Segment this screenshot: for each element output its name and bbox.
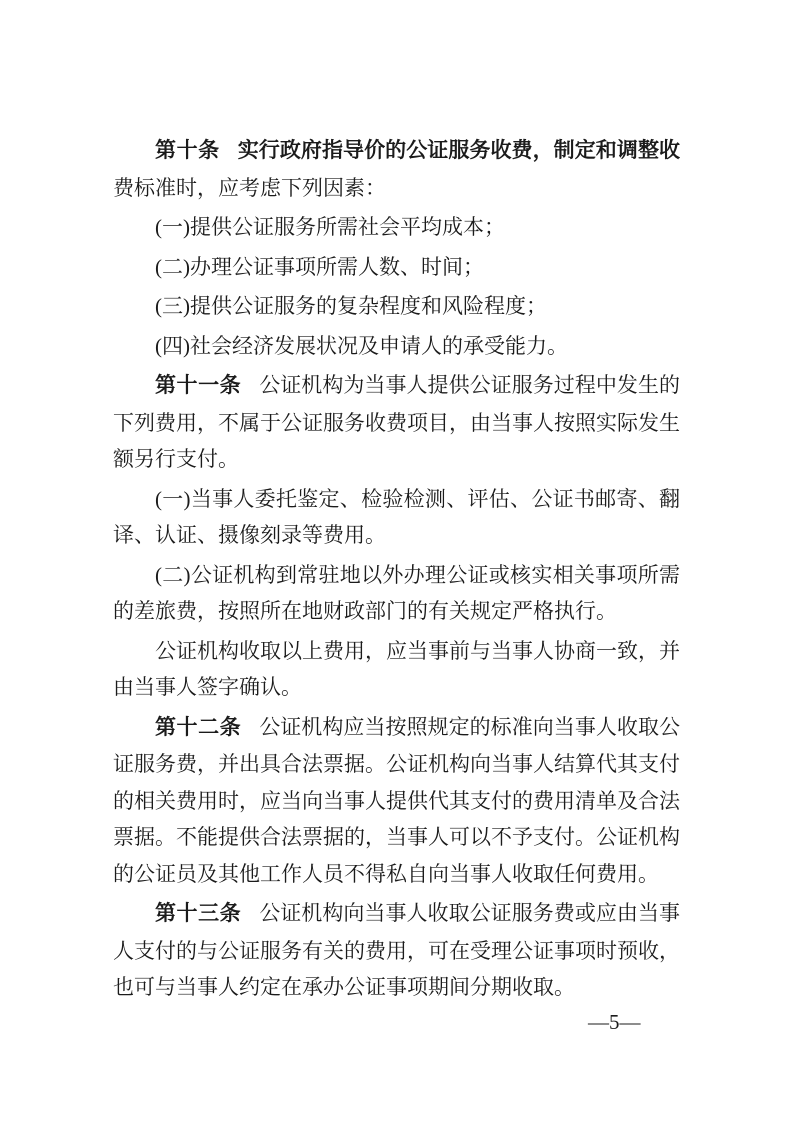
- document-body: 第十条实行政府指导价的公证服务收费，制定和调整收费标准时，应考虑下列因素： (一…: [113, 132, 680, 1006]
- paragraph-article-12: 第十二条公证机构应当按照规定的标准向当事人收取公证服务费，并出具合法票据。公证机…: [113, 709, 680, 893]
- paragraph-article-13: 第十三条公证机构向当事人收取公证服务费或应由当事人支付的与公证服务有关的费用，可…: [113, 895, 680, 1006]
- article-10-item-1: (一)提供公证服务所需社会平均成本；: [113, 209, 680, 246]
- article-10-number: 第十条: [155, 139, 220, 162]
- paragraph-fees-confirmation: 公证机构收取以上费用，应当事前与当事人协商一致，并由当事人签字确认。: [113, 633, 680, 706]
- page-number: —5—: [588, 1010, 641, 1035]
- article-11-item-1: (一)当事人委托鉴定、检验检测、评估、公证书邮寄、翻译、认证、摄像刻录等费用。: [113, 481, 680, 554]
- article-12-text: 公证机构应当按照规定的标准向当事人收取公证服务费，并出具合法票据。公证机构向当事…: [113, 715, 680, 886]
- article-10-item-4: (四)社会经济发展状况及申请人的承受能力。: [113, 328, 680, 365]
- paragraph-article-11: 第十一条公证机构为当事人提供公证服务过程中发生的下列费用，不属于公证服务收费项目…: [113, 367, 680, 478]
- article-10-item-2: (二)办理公证事项所需人数、时间；: [113, 249, 680, 286]
- article-13-number: 第十三条: [155, 902, 241, 925]
- document-page: 第十条实行政府指导价的公证服务收费，制定和调整收费标准时，应考虑下列因素： (一…: [0, 0, 793, 1122]
- paragraph-article-10: 第十条实行政府指导价的公证服务收费，制定和调整收费标准时，应考虑下列因素：: [113, 132, 680, 206]
- article-11-item-2: (二)公证机构到常驻地以外办理公证或核实相关事项所需的差旅费，按照所在地财政部门…: [113, 557, 680, 630]
- article-12-number: 第十二条: [155, 716, 241, 739]
- article-10-text: 费标准时，应考虑下列因素：: [113, 176, 386, 200]
- article-10-bold-text: 实行政府指导价的公证服务收费，制定和调整收: [238, 138, 680, 162]
- article-10-item-3: (三)提供公证服务的复杂程度和风险程度；: [113, 288, 680, 325]
- article-11-number: 第十一条: [155, 374, 241, 397]
